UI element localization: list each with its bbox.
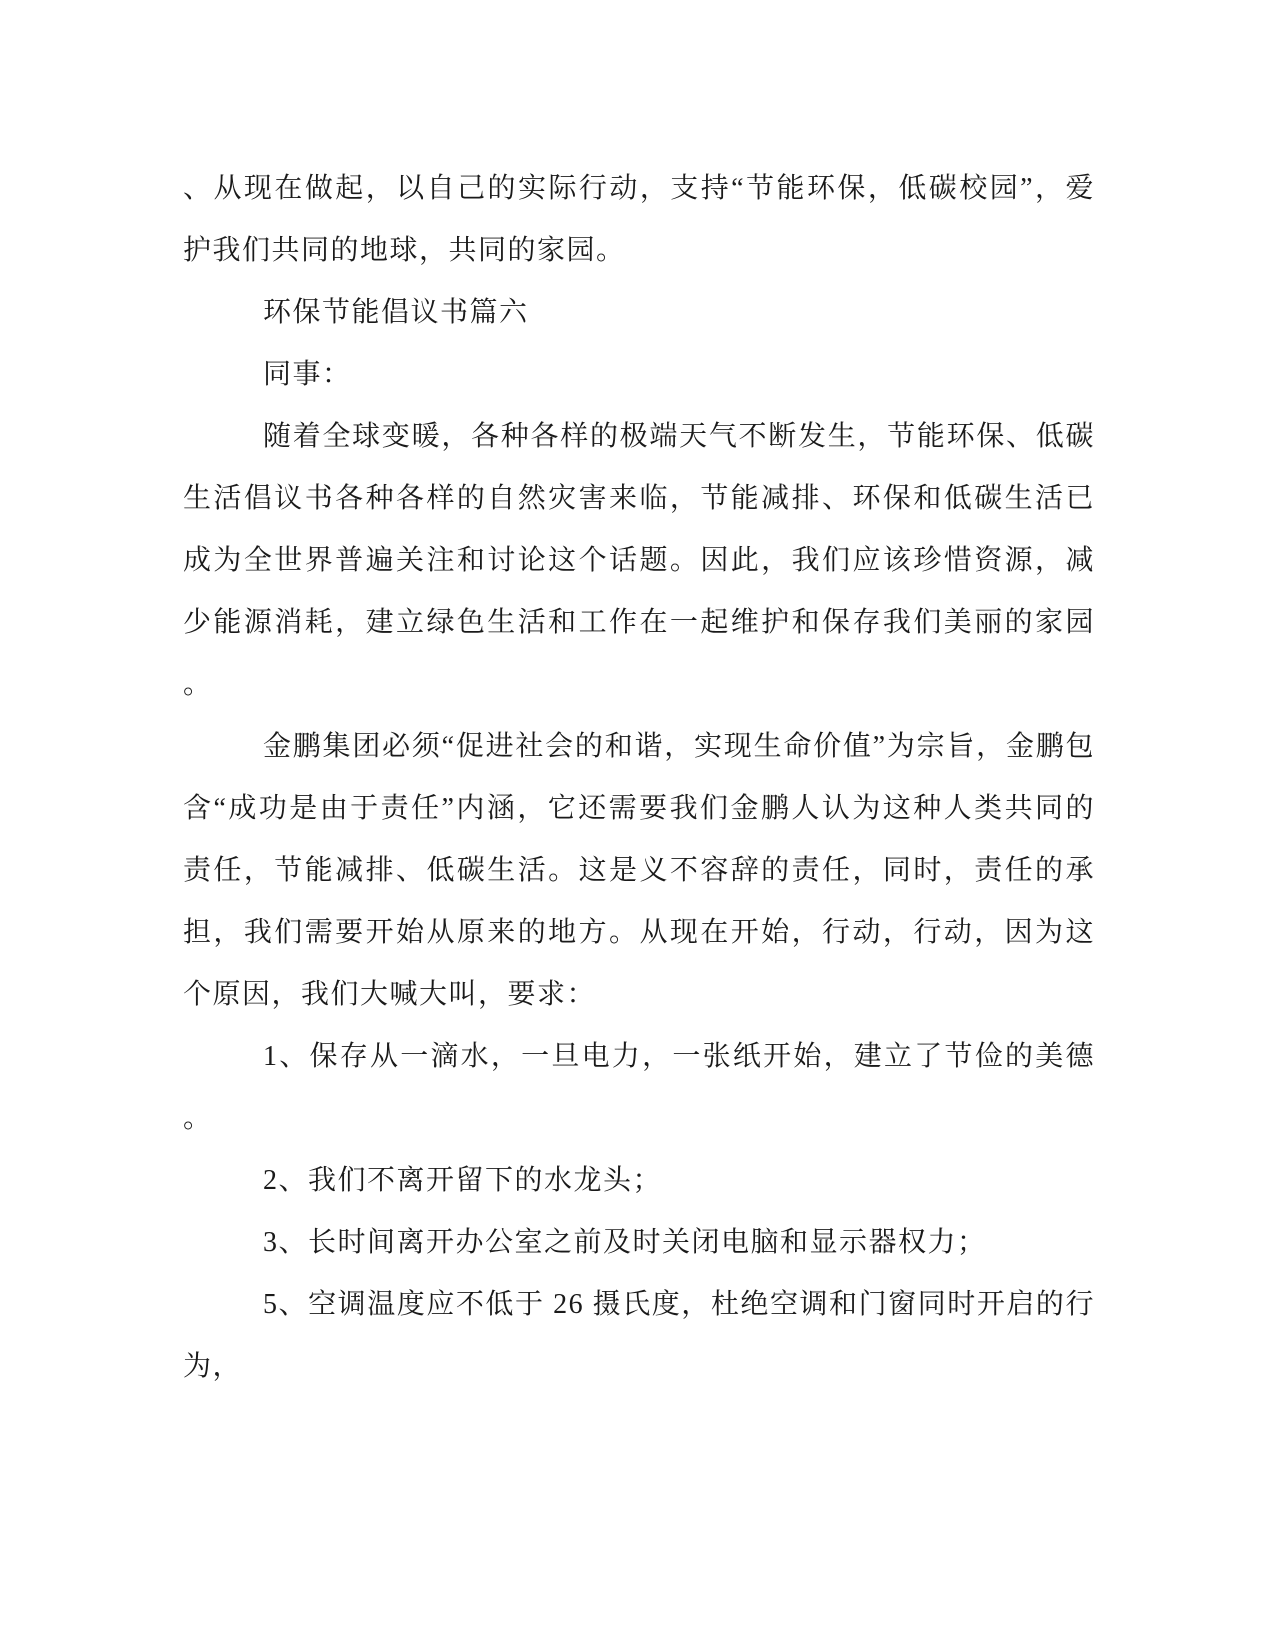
text-line: 随着全球变暖，各种各样的极端天气不断发生，节能环保、低碳	[183, 406, 1095, 468]
text-line: 1、保存从一滴水，一旦电力，一张纸开始，建立了节俭的美德	[183, 1026, 1095, 1088]
text-line: 担，我们需要开始从原来的地方。从现在开始，行动，行动，因为这	[183, 902, 1095, 964]
document-body-text: 、从现在做起，以自己的实际行动，支持“节能环保，低碳校园”，爱护我们共同的地球，…	[183, 158, 1095, 1398]
text-line: 生活倡议书各种各样的自然灾害来临，节能减排、环保和低碳生活已	[183, 468, 1095, 530]
text-line: 。	[183, 1088, 1095, 1150]
text-line: 同事：	[183, 344, 1095, 406]
text-line: 5、空调温度应不低于 26 摄氏度，杜绝空调和门窗同时开启的行	[183, 1274, 1095, 1336]
text-line: 环保节能倡议书篇六	[183, 282, 1095, 344]
text-line: 责任，节能减排、低碳生活。这是义不容辞的责任，同时，责任的承	[183, 840, 1095, 902]
document-page: 、从现在做起，以自己的实际行动，支持“节能环保，低碳校园”，爱护我们共同的地球，…	[0, 0, 1275, 1650]
text-line: 、从现在做起，以自己的实际行动，支持“节能环保，低碳校园”，爱	[183, 158, 1095, 220]
text-line: 3、长时间离开办公室之前及时关闭电脑和显示器权力；	[183, 1212, 1095, 1274]
text-line: 金鹏集团必须“促进社会的和谐，实现生命价值”为宗旨，金鹏包	[183, 716, 1095, 778]
text-line: 成为全世界普遍关注和讨论这个话题。因此，我们应该珍惜资源，减	[183, 530, 1095, 592]
text-line: 。	[183, 654, 1095, 716]
text-line: 含“成功是由于责任”内涵，它还需要我们金鹏人认为这种人类共同的	[183, 778, 1095, 840]
text-line: 个原因，我们大喊大叫，要求：	[183, 964, 1095, 1026]
text-line: 2、我们不离开留下的水龙头；	[183, 1150, 1095, 1212]
text-line: 为，	[183, 1336, 1095, 1398]
text-line: 少能源消耗，建立绿色生活和工作在一起维护和保存我们美丽的家园	[183, 592, 1095, 654]
text-line: 护我们共同的地球，共同的家园。	[183, 220, 1095, 282]
